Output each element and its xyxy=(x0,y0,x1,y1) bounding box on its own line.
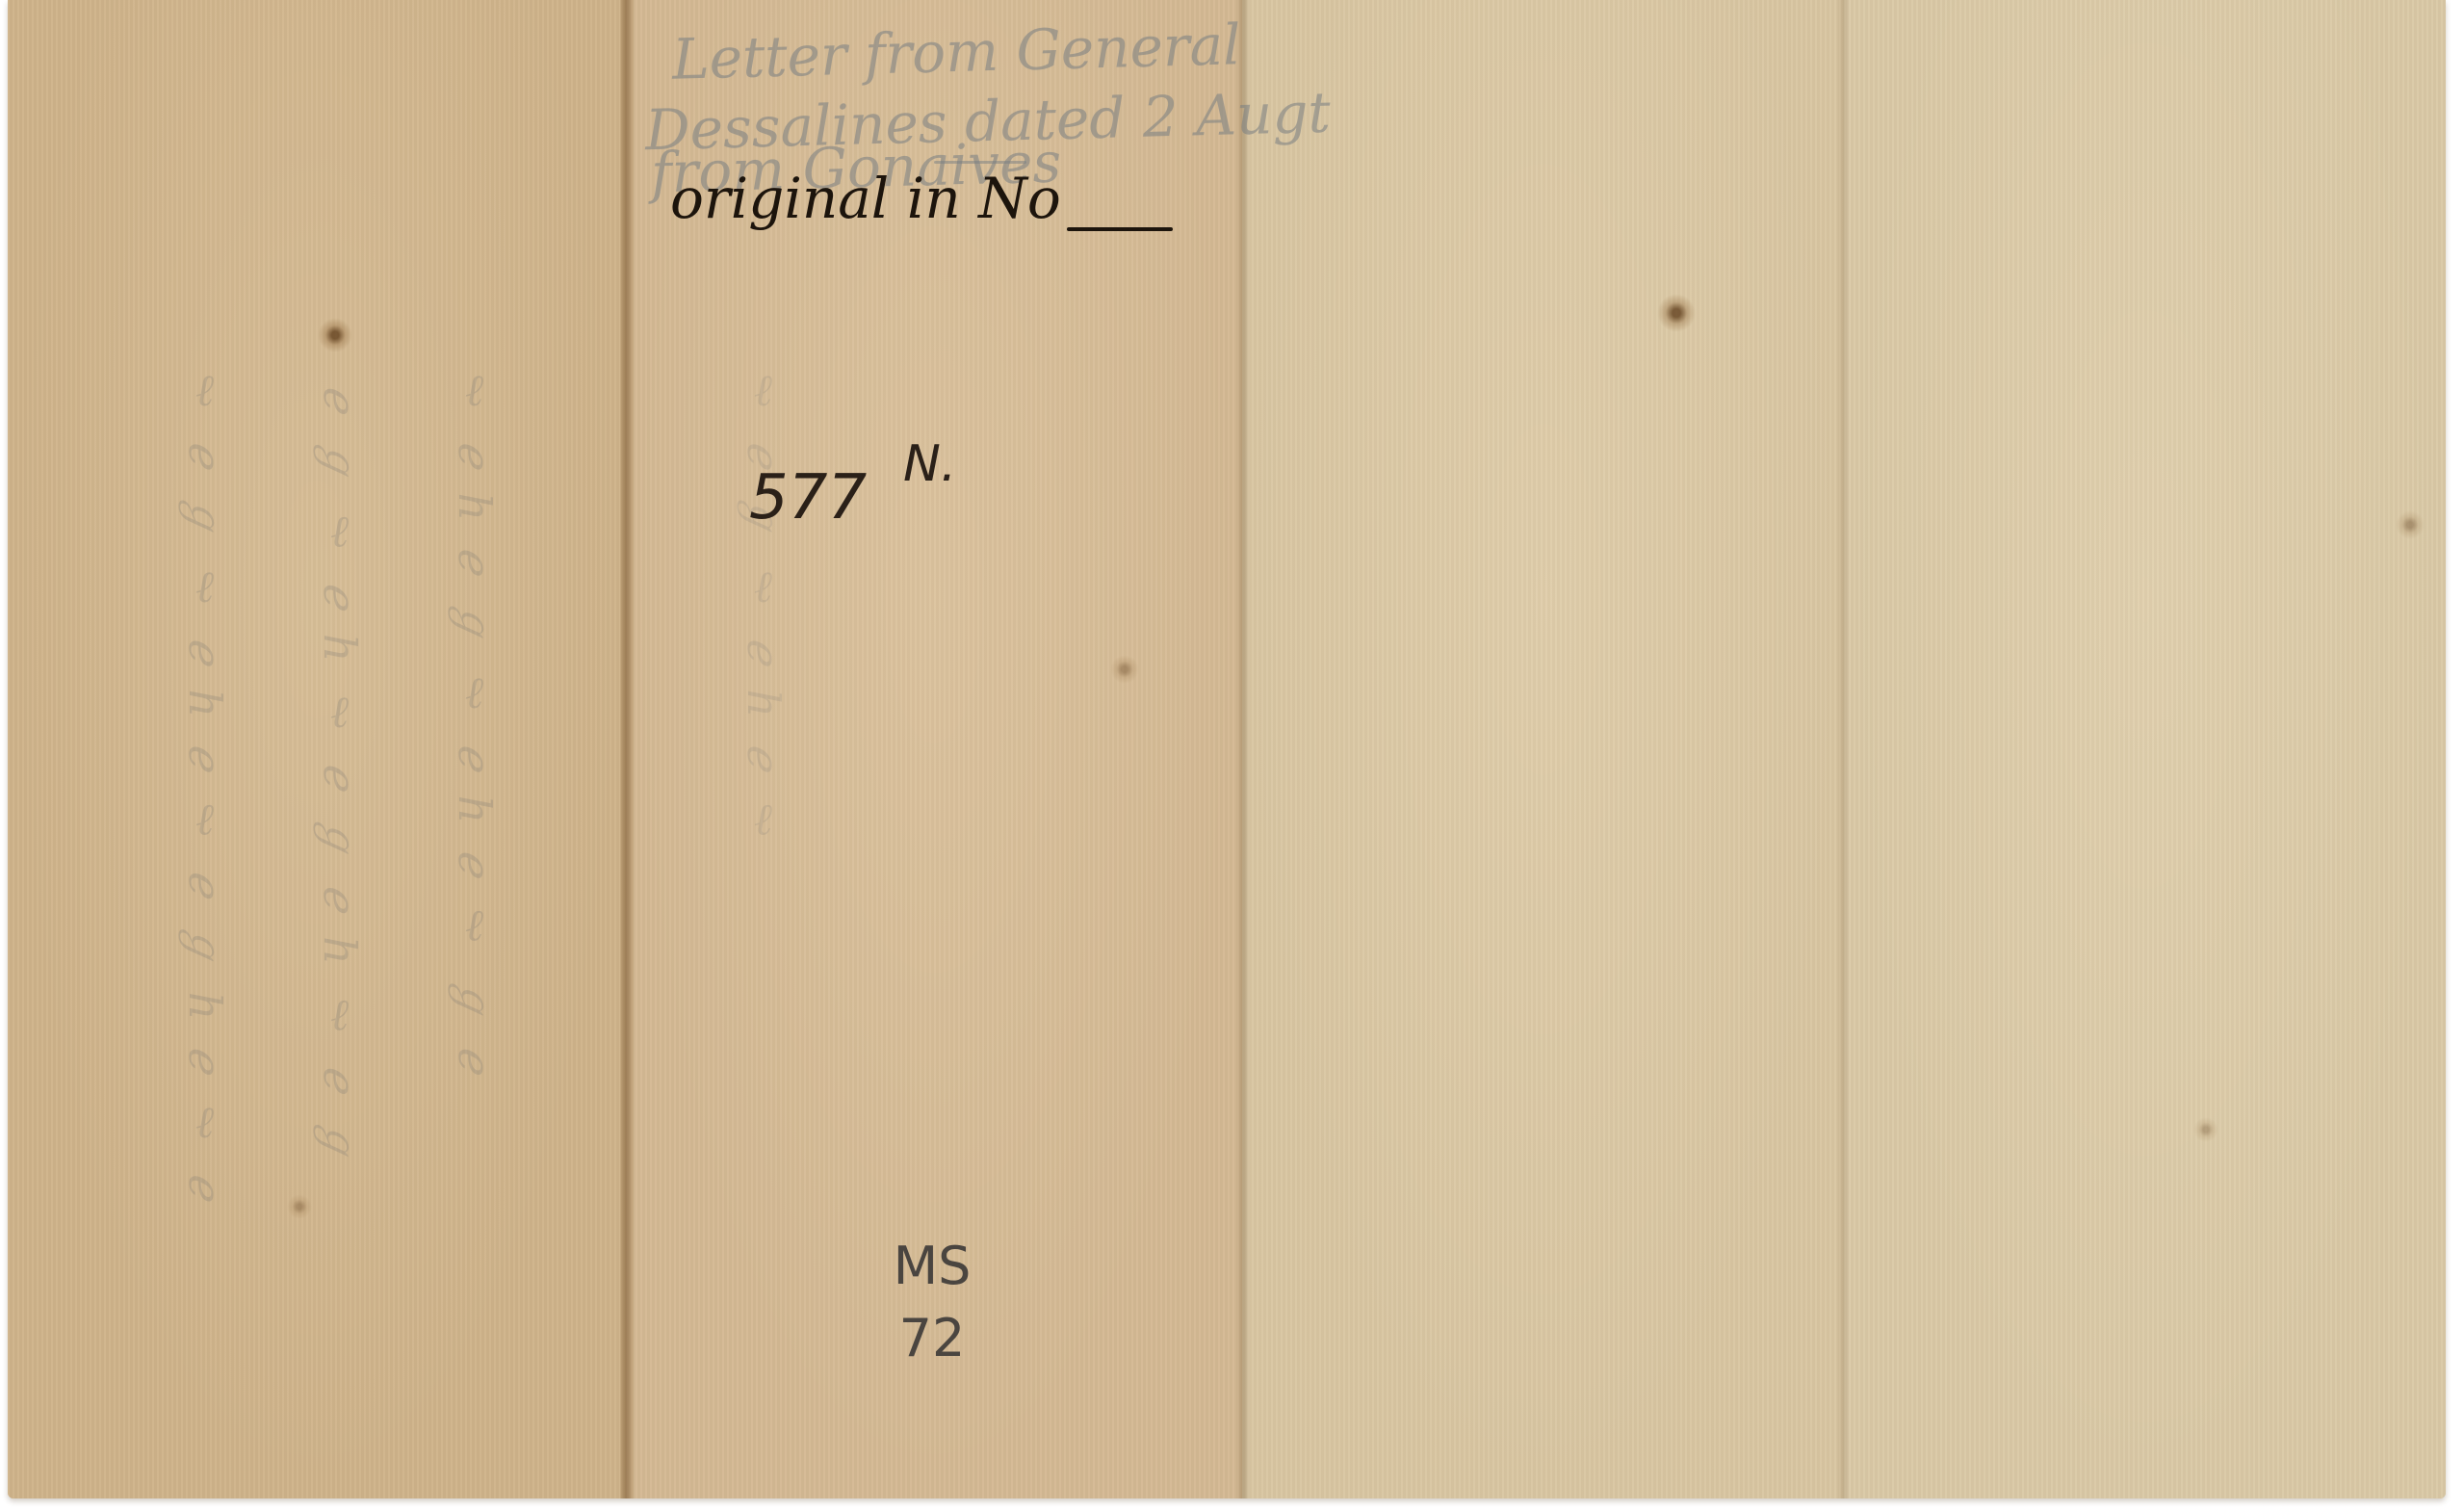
bleed-through-text: ℯ ℊ ℓ ℯ ℎ ℓ ℯ ℊ ℯ ℎ ℓ ℯ ℊ xyxy=(297,385,383,1348)
foxing-stain xyxy=(318,318,352,352)
fold-line xyxy=(1236,0,1250,1498)
docket-ink-line: original in No xyxy=(670,166,1061,231)
manuscript-sheet: ℓ ℯ ℊ ℓ ℯ ℎ ℯ ℓ ℯ ℊ ℎ ℯ ℓ ℯ ℯ ℊ ℓ ℯ ℎ ℓ … xyxy=(8,0,2446,1498)
ms-number: 72 xyxy=(884,1305,980,1372)
pencil-rule xyxy=(934,161,1026,164)
panel-center-right xyxy=(1242,0,1844,1498)
fold-line xyxy=(620,0,634,1498)
fold-line xyxy=(1837,0,1851,1498)
ink-rule xyxy=(1067,227,1173,231)
bleed-through-text: ℓ ℯ ℎ ℯ ℊ ℓ ℯ ℎ ℯ ℓ ℊ ℯ xyxy=(431,366,518,1329)
foxing-stain xyxy=(2396,510,2425,539)
panel-right xyxy=(1844,0,2446,1498)
foxing-stain xyxy=(2193,1117,2218,1142)
foxing-stain xyxy=(1110,655,1139,684)
catalog-number: 577 xyxy=(749,462,867,534)
catalog-suffix: N. xyxy=(903,435,956,493)
ms-label: MS xyxy=(884,1233,980,1300)
bleed-through-text: ℓ ℯ ℊ ℓ ℯ ℎ ℯ ℓ ℯ ℊ ℎ ℯ ℓ ℯ xyxy=(162,366,248,1329)
foxing-stain xyxy=(1657,294,1696,332)
